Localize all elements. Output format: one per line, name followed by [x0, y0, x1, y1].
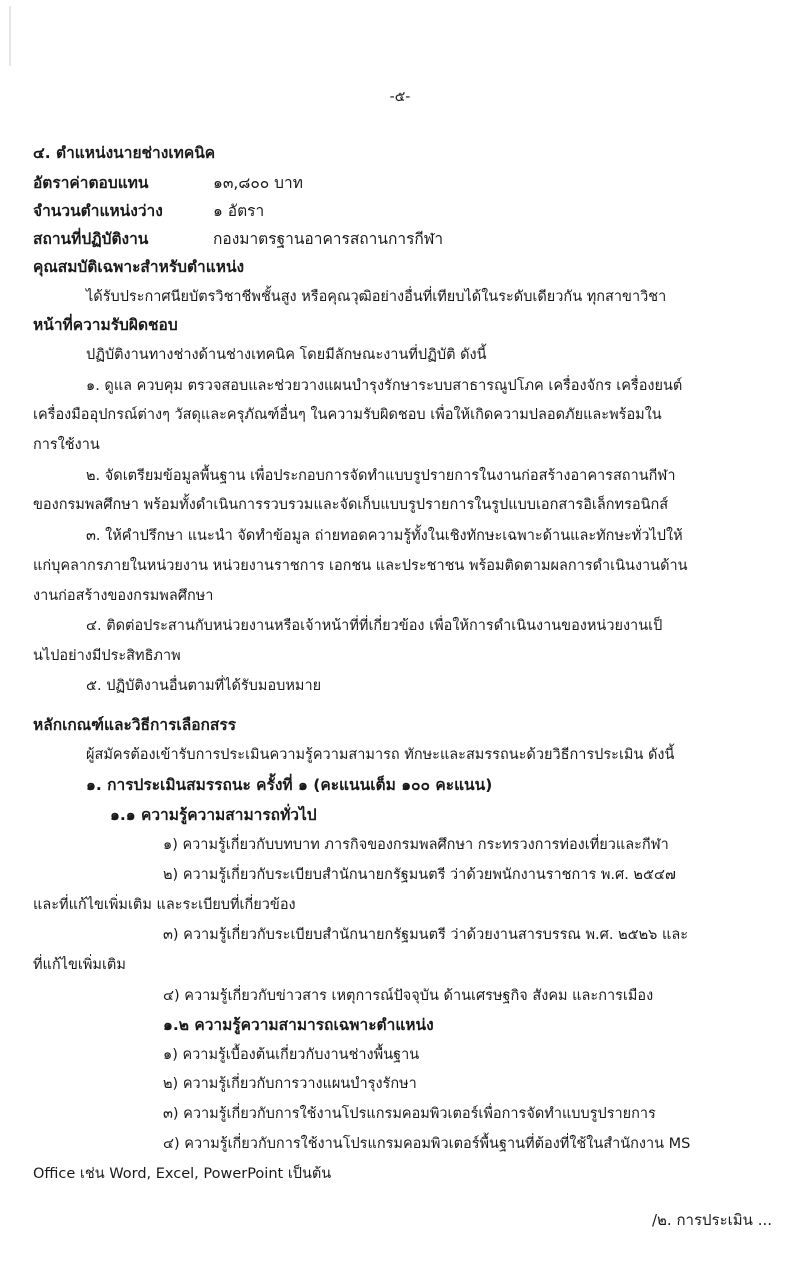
continuation-note: /๒. การประเมิน ... — [652, 1208, 772, 1232]
general-knowledge-item: และที่แก้ไขเพิ่มเติม และระเบียบที่เกี่ยว… — [33, 895, 296, 915]
duty-line: ของกรมพลศึกษา พร้อมทั้งดำเนินการรวบรวมแล… — [33, 495, 668, 515]
specific-knowledge-item: ๔) ความรู้เกี่ยวกับการใช้งานโปรแกรมคอมพิ… — [163, 1134, 690, 1154]
general-knowledge-item: ๓) ความรู้เกี่ยวกับระเบียบสำนักนายกรัฐมน… — [163, 925, 688, 945]
duties-intro: ปฏิบัติงานทางช่างด้านช่างเทคนิค โดยมีลัก… — [86, 345, 487, 365]
duty-line: งานก่อสร้างของกรมพลศึกษา — [33, 586, 213, 606]
position-heading: ๔. ตำแหน่งนายช่างเทคนิค — [33, 143, 215, 163]
specific-knowledge-item: Office เช่น Word, Excel, PowerPoint เป็น… — [33, 1164, 331, 1184]
duty-line: เครื่องมืออุปกรณ์ต่างๆ วัสดุและครุภัณฑ์อ… — [33, 405, 662, 425]
qualifications-text: ได้รับประกาศนียบัตรวิชาชีพชั้นสูง หรือคุ… — [86, 287, 666, 307]
specific-knowledge-item: ๑) ความรู้เบื้องต้นเกี่ยวกับงานช่างพื้นฐ… — [163, 1045, 419, 1065]
specific-knowledge-heading: ๑.๒ ความรู้ความสามารถเฉพาะตำแหน่ง — [163, 1015, 434, 1035]
qualifications-heading: คุณสมบัติเฉพาะสำหรับตำแหน่ง — [33, 257, 244, 277]
field-label: สถานที่ปฏิบัติงาน — [33, 229, 148, 249]
general-knowledge-heading: ๑.๑ ความรู้ความสามารถทั่วไป — [110, 805, 317, 825]
field-value: ๑ อัตรา — [213, 201, 264, 221]
duty-line: ๒. จัดเตรียมข้อมูลพื้นฐาน เพื่อประกอบการ… — [86, 466, 675, 486]
field-value: ๑๓,๘๐๐ บาท — [213, 173, 303, 193]
general-knowledge-item: ๒) ความรู้เกี่ยวกับระเบียบสำนักนายกรัฐมน… — [163, 865, 676, 885]
selection-heading: หลักเกณฑ์และวิธีการเลือกสรร — [33, 715, 236, 735]
general-knowledge-item: ที่แก้ไขเพิ่มเติม — [33, 955, 126, 975]
specific-knowledge-item: ๒) ความรู้เกี่ยวกับการวางแผนบำรุงรักษา — [163, 1074, 417, 1094]
field-value: กองมาตรฐานอาคารสถานการกีฬา — [213, 229, 443, 249]
general-knowledge-item: ๑) ความรู้เกี่ยวกับบทบาท ภารกิจของกรมพลศ… — [163, 835, 669, 855]
duty-line: การใช้งาน — [33, 435, 100, 455]
scan-edge — [9, 6, 11, 66]
duty-line: ๓. ให้คำปรึกษา แนะนำ จัดทำข้อมูล ถ่ายทอด… — [86, 526, 683, 546]
duty-line: แก่บุคลากรภายในหน่วยงาน หน่วยงานราชการ เ… — [33, 556, 688, 576]
duty-line: ๕. ปฏิบัติงานอื่นตามที่ได้รับมอบหมาย — [86, 676, 321, 696]
field-label: จำนวนตำแหน่งว่าง — [33, 201, 163, 221]
duty-line: นไปอย่างมีประสิทธิภาพ — [33, 646, 181, 666]
document-page: -๕- ๔. ตำแหน่งนายช่างเทคนิค อัตราค่าตอบแ… — [0, 0, 800, 1269]
duty-line: ๔. ติดต่อประสานกับหน่วยงานหรือเจ้าหน้าที… — [86, 616, 662, 636]
selection-intro: ผู้สมัครต้องเข้ารับการประเมินความรู้ความ… — [86, 745, 674, 765]
duty-line: ๑. ดูแล ควบคุม ตรวจสอบและช่วยวางแผนบำรุง… — [86, 376, 682, 396]
general-knowledge-item: ๔) ความรู้เกี่ยวกับข่าวสาร เหตุการณ์ปัจจ… — [163, 986, 653, 1006]
field-label: อัตราค่าตอบแทน — [33, 173, 149, 193]
round1-heading: ๑. การประเมินสมรรถนะ ครั้งที่ ๑ (คะแนนเต… — [86, 775, 492, 795]
page-number: -๕- — [0, 86, 800, 108]
duties-heading: หน้าที่ความรับผิดชอบ — [33, 315, 178, 335]
specific-knowledge-item: ๓) ความรู้เกี่ยวกับการใช้งานโปรแกรมคอมพิ… — [163, 1104, 656, 1124]
